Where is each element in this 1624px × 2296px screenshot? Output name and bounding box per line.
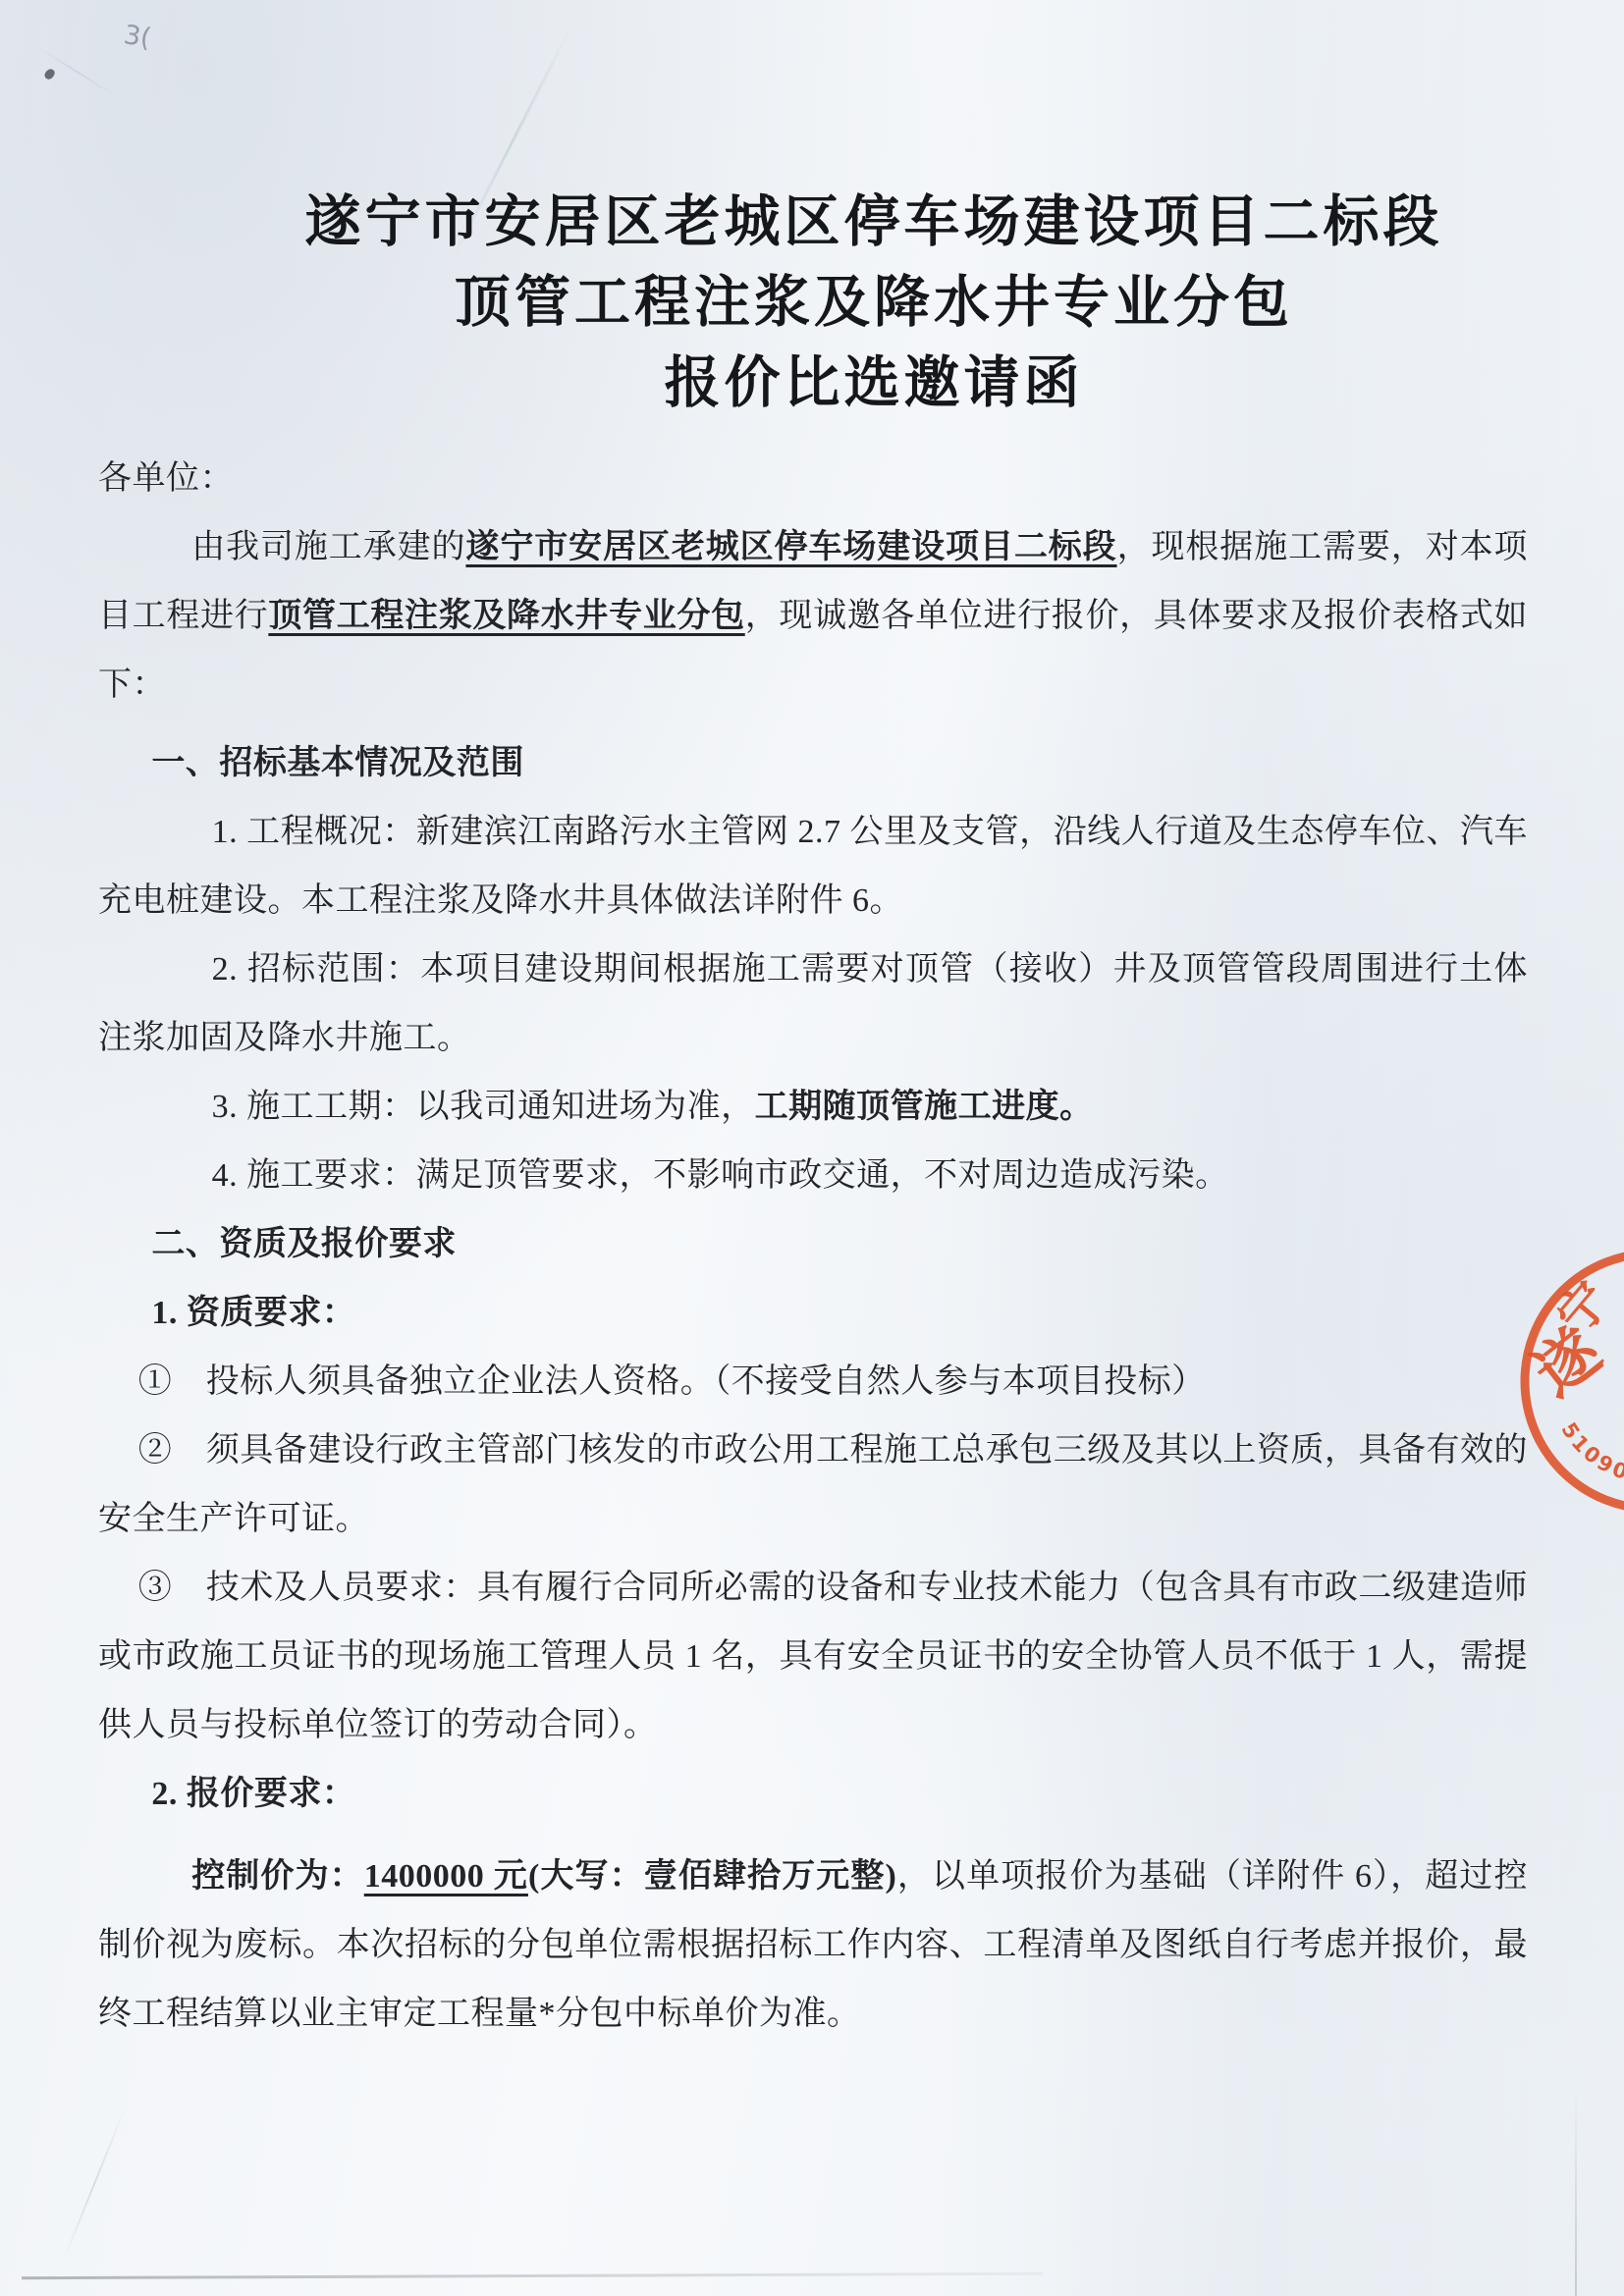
text-segment: 一、招标基本情况及范围 [151, 745, 524, 781]
seal-circle [1525, 1254, 1624, 1509]
paper-crease [62, 2107, 127, 2262]
text-segment: 1400000 元 [364, 1858, 528, 1895]
text-segment: 各单位： [98, 460, 234, 497]
paragraph: ① 投标人须具备独立企业法人资格。（不接受自然人参与本项目投标） [98, 1348, 1528, 1416]
paragraph: ③ 技术及人员要求：具有履行合同所必需的设备和专业技术能力（包含具有市政二级建造… [98, 1554, 1528, 1760]
text-segment: 遂宁市安居区老城区停车场建设项目二标段 [465, 529, 1116, 565]
document-content: 遂宁市安居区老城区停车场建设项目二标段顶管工程注浆及降水井专业分包报价比选邀请函… [98, 182, 1528, 2049]
paragraph: 1. 工程概况：新建滨江南路污水主管网 2.7 公里及支管，沿线人行道及生态停车… [98, 798, 1528, 935]
document-title: 遂宁市安居区老城区停车场建设项目二标段顶管工程注浆及降水井专业分包报价比选邀请函 [220, 182, 1528, 423]
text-segment: 顶管工程注浆及降水井专业分包 [268, 598, 744, 634]
section-heading: 二、资质及报价要求 [98, 1210, 1528, 1279]
text-segment: 1. 资质要求： [151, 1295, 355, 1331]
section-heading: 2. 报价要求： [98, 1760, 1528, 1829]
text-segment: ③ 技术及人员要求：具有履行合同所必需的设备和专业技术能力（包含具有市政二级建造… [98, 1570, 1528, 1743]
handwritten-mark: 3( [122, 20, 153, 54]
text-segment: 控制价为： [191, 1858, 364, 1895]
paragraph: 3. 施工工期：以我司通知进场为准，工期随顶管施工进度。 [98, 1073, 1528, 1142]
text-segment: 3. 施工工期：以我司通知进场为准， [212, 1089, 755, 1125]
paper-edge-shadow [1575, 2089, 1577, 2296]
title-line: 遂宁市安居区老城区停车场建设项目二标段 [220, 182, 1528, 262]
ink-speck [43, 68, 56, 81]
document-page: 3( 遂宁市安居区老城区停车场建设项目二标段顶管工程注浆及降水井专业分包报价比选… [0, 0, 1624, 2296]
document-body: 各单位：由我司施工承建的遂宁市安居区老城区停车场建设项目二标段，现根据施工需要，… [98, 445, 1528, 2049]
paragraph: 4. 施工要求：满足顶管要求，不影响市政交通，不对周边造成污染。 [98, 1142, 1528, 1210]
text-segment: (大写：壹佰肆拾万元整) [528, 1858, 896, 1895]
paragraph: 2. 招标范围：本项目建设期间根据施工需要对顶管（接收）井及顶管管段周围进行土体… [98, 935, 1528, 1073]
seal-character: 宁 [1545, 1271, 1621, 1346]
text-segment: 4. 施工要求：满足顶管要求，不影响市政交通，不对周边造成污染。 [212, 1157, 1229, 1194]
paragraph: ② 须具备建设行政主管部门核发的市政公用工程施工总承包三级及其以上资质，具备有效… [98, 1416, 1528, 1554]
paragraph: 由我司施工承建的遂宁市安居区老城区停车场建设项目二标段，现根据施工需要，对本项目… [98, 513, 1528, 720]
paper-edge-shadow [22, 2272, 1043, 2280]
text-segment: ② 须具备建设行政主管部门核发的市政公用工程施工总承包三级及其以上资质，具备有效… [98, 1432, 1528, 1537]
text-segment: 2. 招标范围：本项目建设期间根据施工需要对顶管（接收）井及顶管管段周围进行土体… [98, 951, 1528, 1056]
title-line: 顶管工程注浆及降水井专业分包 [220, 262, 1528, 343]
paragraph: 各单位： [98, 445, 1528, 513]
text-segment: 工期随顶管施工进度。 [755, 1089, 1094, 1125]
text-segment: ① 投标人须具备独立企业法人资格。（不接受自然人参与本项目投标） [138, 1363, 1206, 1400]
text-segment: 1. 工程概况：新建滨江南路污水主管网 2.7 公里及支管，沿线人行道及生态停车… [98, 814, 1528, 919]
title-line: 报价比选邀请函 [220, 343, 1528, 423]
text-segment: 由我司施工承建的 [191, 529, 465, 565]
section-heading: 1. 资质要求： [98, 1279, 1528, 1348]
text-segment: 二、资质及报价要求 [151, 1226, 457, 1262]
text-segment: 2. 报价要求： [151, 1776, 355, 1812]
seal-character: 遂 [1521, 1314, 1616, 1411]
paragraph: 控制价为：1400000 元(大写：壹佰肆拾万元整)，以单项报价为基础（详附件 … [98, 1842, 1528, 2049]
section-heading: 一、招标基本情况及范围 [98, 729, 1528, 798]
